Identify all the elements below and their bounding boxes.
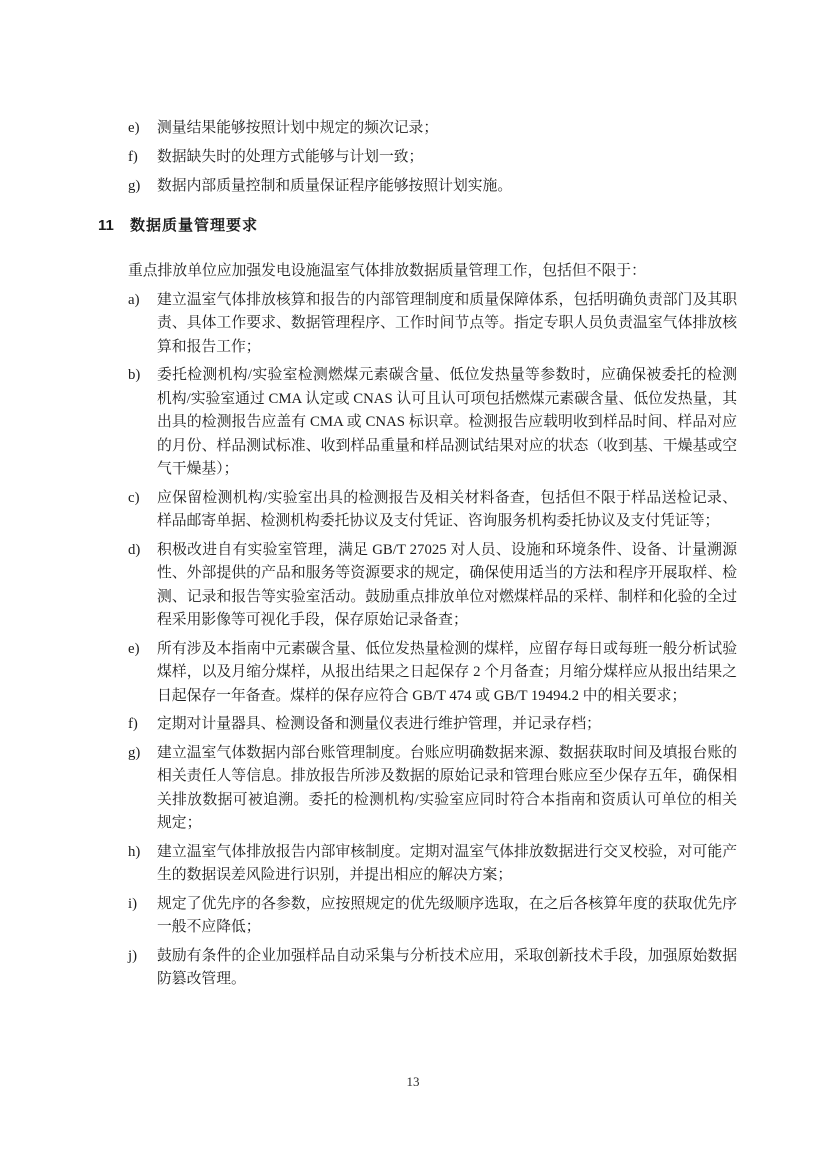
list-item-marker: g) — [128, 742, 157, 836]
list-item: e) 所有涉及本指南中元素碳含量、低位发热量检测的煤样，应留存每日或每班一般分析… — [128, 638, 737, 709]
list-item: d) 积极改进自有实验室管理，满足 GB/T 27025 对人员、设施和环境条件… — [128, 539, 737, 633]
list-item-marker: i) — [128, 893, 157, 940]
list-item: e) 测量结果能够按照计划中规定的频次记录； — [128, 114, 737, 143]
list-item: f) 数据缺失时的处理方式能够与计划一致； — [128, 143, 737, 172]
list-item-marker: g) — [128, 172, 157, 201]
list-item: g) 数据内部质量控制和质量保证程序能够按照计划实施。 — [128, 172, 737, 201]
list-item-marker: e) — [128, 638, 157, 709]
list-item-marker: f) — [128, 143, 157, 172]
list-item: c) 应保留检测机构/实验室出具的检测报告及相关材料备查，包括但不限于样品送检记… — [128, 487, 737, 534]
list-item-marker: j) — [128, 945, 157, 992]
section-number: 11 — [98, 215, 130, 237]
continuation-list: e) 测量结果能够按照计划中规定的频次记录； f) 数据缺失时的处理方式能够与计… — [98, 114, 737, 201]
list-item-marker: f) — [128, 713, 157, 737]
list-item: h) 建立温室气体排放报告内部审核制度。定期对温室气体排放数据进行交叉校验，对可… — [128, 841, 737, 888]
list-item-text: 建立温室气体排放核算和报告的内部管理制度和质量保障体系，包括明确负责部门及其职责… — [157, 289, 737, 360]
section-title: 数据质量管理要求 — [130, 215, 258, 237]
section-list: a) 建立温室气体排放核算和报告的内部管理制度和质量保障体系，包括明确负责部门及… — [98, 289, 737, 992]
list-item-text: 鼓励有条件的企业加强样品自动采集与分析技术应用，采取创新技术手段，加强原始数据防… — [157, 945, 737, 992]
list-item-text: 建立温室气体排放报告内部审核制度。定期对温室气体排放数据进行交叉校验，对可能产生… — [157, 841, 737, 888]
list-item-text: 规定了优先序的各参数，应按照规定的优先级顺序选取，在之后各核算年度的获取优先序一… — [157, 893, 737, 940]
list-item-marker: b) — [128, 364, 157, 482]
list-item-marker: c) — [128, 487, 157, 534]
list-item-marker: h) — [128, 841, 157, 888]
section-intro-paragraph: 重点排放单位应加强发电设施温室气体排放数据质量管理工作，包括但不限于： — [128, 260, 737, 284]
list-item-text: 建立温室气体数据内部台账管理制度。台账应明确数据来源、数据获取时间及填报台账的相… — [157, 742, 737, 836]
list-item: a) 建立温室气体排放核算和报告的内部管理制度和质量保障体系，包括明确负责部门及… — [128, 289, 737, 360]
list-item-text: 数据内部质量控制和质量保证程序能够按照计划实施。 — [157, 172, 737, 201]
list-item: f) 定期对计量器具、检测设备和测量仪表进行维护管理，并记录存档； — [128, 713, 737, 737]
list-item-text: 数据缺失时的处理方式能够与计划一致； — [157, 143, 737, 172]
section-heading: 11 数据质量管理要求 — [98, 215, 737, 237]
list-item-text: 所有涉及本指南中元素碳含量、低位发热量检测的煤样，应留存每日或每班一般分析试验煤… — [157, 638, 737, 709]
list-item: j) 鼓励有条件的企业加强样品自动采集与分析技术应用，采取创新技术手段，加强原始… — [128, 945, 737, 992]
list-item: g) 建立温室气体数据内部台账管理制度。台账应明确数据来源、数据获取时间及填报台… — [128, 742, 737, 836]
list-item-text: 应保留检测机构/实验室出具的检测报告及相关材料备查，包括但不限于样品送检记录、样… — [157, 487, 737, 534]
list-item-text: 测量结果能够按照计划中规定的频次记录； — [157, 114, 737, 143]
list-item-marker: e) — [128, 114, 157, 143]
list-item-text: 定期对计量器具、检测设备和测量仪表进行维护管理，并记录存档； — [157, 713, 737, 737]
list-item: i) 规定了优先序的各参数，应按照规定的优先级顺序选取，在之后各核算年度的获取优… — [128, 893, 737, 940]
list-item: b) 委托检测机构/实验室检测燃煤元素碳含量、低位发热量等参数时，应确保被委托的… — [128, 364, 737, 482]
list-item-marker: a) — [128, 289, 157, 360]
page-number: 13 — [0, 1074, 826, 1090]
document-page: e) 测量结果能够按照计划中规定的频次记录； f) 数据缺失时的处理方式能够与计… — [0, 0, 826, 1169]
list-item-text: 积极改进自有实验室管理，满足 GB/T 27025 对人员、设施和环境条件、设备… — [157, 539, 737, 633]
list-item-marker: d) — [128, 539, 157, 633]
list-item-text: 委托检测机构/实验室检测燃煤元素碳含量、低位发热量等参数时，应确保被委托的检测机… — [157, 364, 737, 482]
